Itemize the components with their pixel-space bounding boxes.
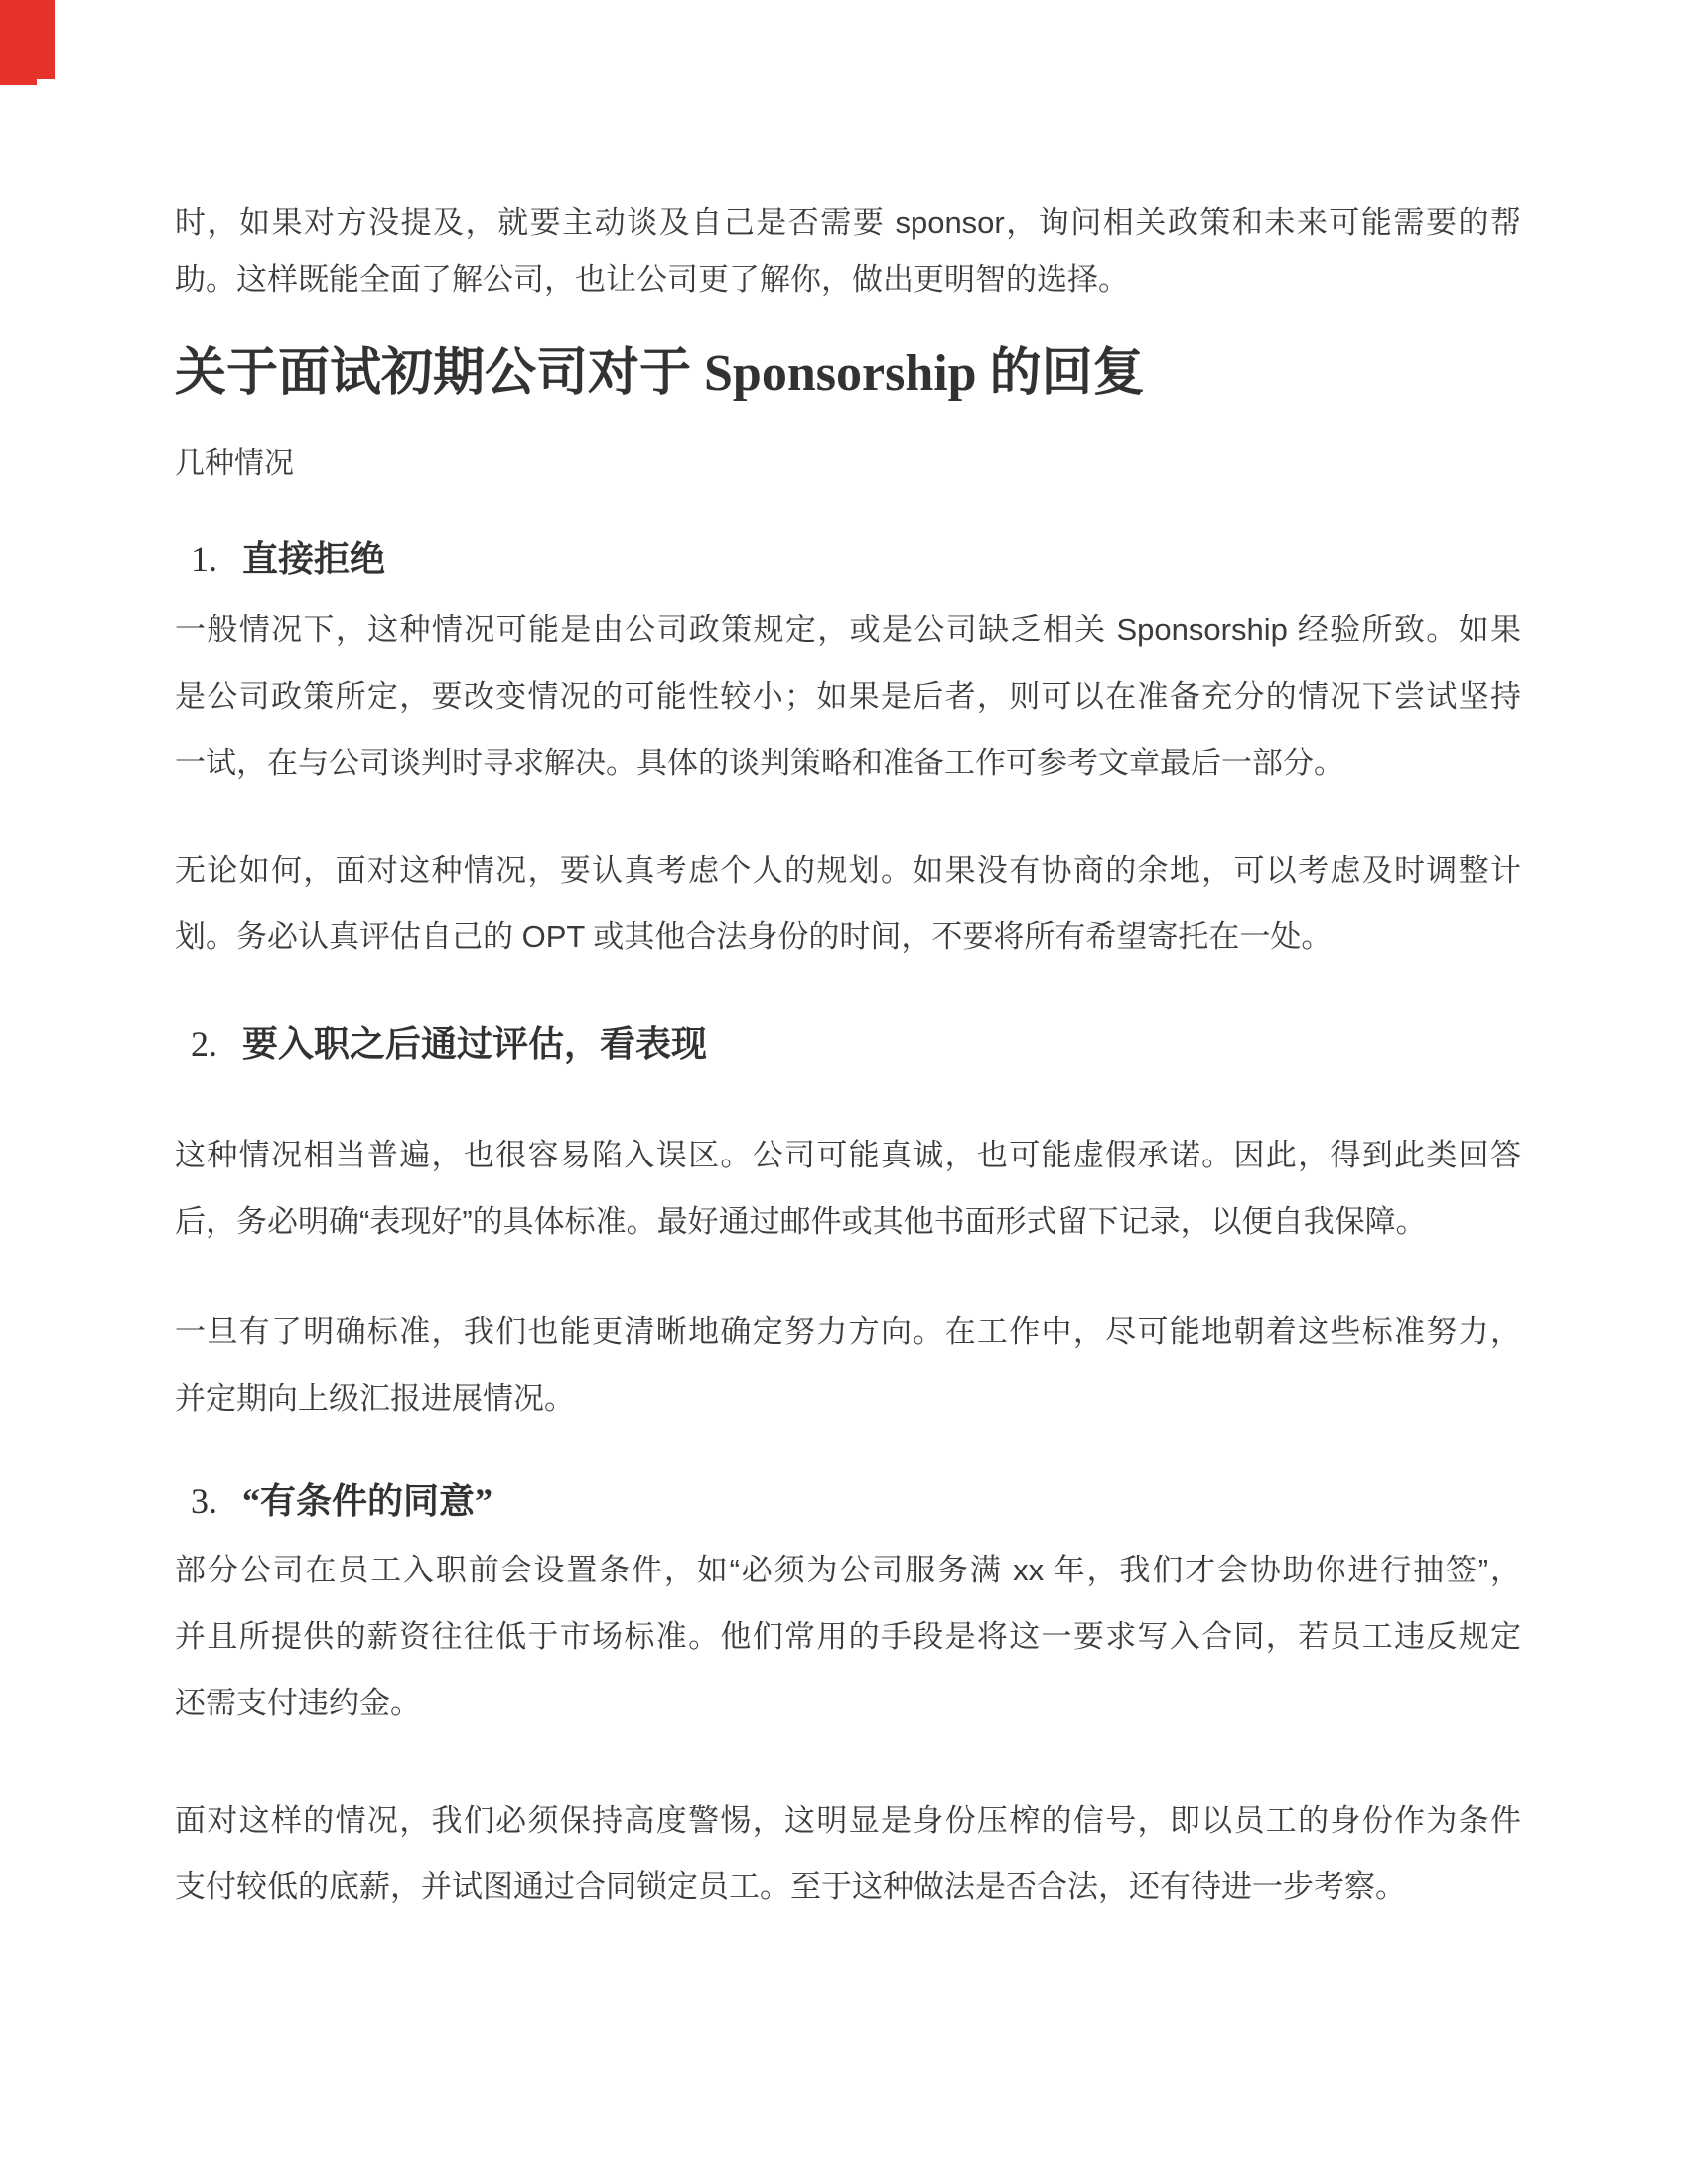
paragraph-line: 一试，在与公司谈判时寻求解决。具体的谈判策略和准备工作可参考文章最后一部分。 (175, 730, 1521, 796)
paragraph-line: 无论如何，面对这种情况，要认真考虑个人的规划。如果没有协商的余地，可以考虑及时调… (175, 837, 1521, 903)
paragraph-line: 时，如果对方没提及，就要主动谈及自己是否需要 sponsor，询问相关政策和未来… (175, 195, 1521, 251)
section-3-paragraph-2: 面对这样的情况，我们必须保持高度警惕，这明显是身份压榨的信号，即以员工的身份作为… (175, 1787, 1521, 1920)
paragraph-line: 助。这样既能全面了解公司，也让公司更了解你，做出更明智的选择。 (175, 251, 1521, 308)
section-1-number: 1. (191, 534, 242, 584)
section-1-title: 直接拒绝 (242, 539, 385, 579)
intro-paragraph: 时，如果对方没提及，就要主动谈及自己是否需要 sponsor，询问相关政策和未来… (175, 195, 1521, 308)
paragraph-line: 面对这样的情况，我们必须保持高度警惕，这明显是身份压榨的信号，即以员工的身份作为… (175, 1787, 1521, 1853)
section-2-number: 2. (191, 1020, 242, 1069)
paragraph-line: 后，务必明确“表现好”的具体标准。最好通过邮件或其他书面形式留下记录，以便自我保… (175, 1188, 1521, 1255)
paragraph-line: 并且所提供的薪资往往低于市场标准。他们常用的手段是将这一要求写入合同，若员工违反… (175, 1603, 1521, 1670)
paragraph-line: 划。务必认真评估自己的 OPT 或其他合法身份的时间，不要将所有希望寄托在一处。 (175, 903, 1521, 970)
section-1-paragraph-2: 无论如何，面对这种情况，要认真考虑个人的规划。如果没有协商的余地，可以考虑及时调… (175, 837, 1521, 970)
paragraph-line: 这种情况相当普遍，也很容易陷入误区。公司可能真诚，也可能虚假承诺。因此，得到此类… (175, 1122, 1521, 1188)
paragraph-line: 支付较低的底薪，并试图通过合同锁定员工。至于这种做法是否合法，还有待进一步考察。 (175, 1853, 1521, 1920)
subtitle: 几种情况 (175, 443, 1521, 484)
paragraph-line: 部分公司在员工入职前会设置条件，如“必须为公司服务满 xx 年，我们才会协助你进… (175, 1537, 1521, 1603)
paragraph-line: 还需支付违约金。 (175, 1670, 1521, 1736)
main-heading: 关于面试初期公司对于 Sponsorship 的回复 (175, 341, 1521, 407)
section-2-paragraph-1: 这种情况相当普遍，也很容易陷入误区。公司可能真诚，也可能虚假承诺。因此，得到此类… (175, 1122, 1521, 1255)
paragraph-line: 是公司政策所定，要改变情况的可能性较小；如果是后者，则可以在准备充分的情况下尝试… (175, 663, 1521, 730)
section-1-paragraph-1: 一般情况下，这种情况可能是由公司政策规定，或是公司缺乏相关 Sponsorshi… (175, 597, 1521, 796)
section-2-paragraph-2: 一旦有了明确标准，我们也能更清晰地确定努力方向。在工作中，尽可能地朝着这些标准努… (175, 1298, 1521, 1432)
section-3-paragraph-1: 部分公司在员工入职前会设置条件，如“必须为公司服务满 xx 年，我们才会协助你进… (175, 1537, 1521, 1736)
red-mark-bottom (0, 0, 37, 85)
section-3-heading: 3.“有条件的同意” (191, 1476, 1537, 1526)
document-page: 时，如果对方没提及，就要主动谈及自己是否需要 sponsor，询问相关政策和未来… (0, 0, 1688, 2184)
section-3-number: 3. (191, 1476, 242, 1526)
section-2-heading: 2.要入职之后通过评估，看表现 (191, 1020, 1537, 1069)
section-3-title: “有条件的同意” (242, 1481, 492, 1521)
paragraph-line: 一般情况下，这种情况可能是由公司政策规定，或是公司缺乏相关 Sponsorshi… (175, 597, 1521, 663)
section-1-heading: 1.直接拒绝 (191, 534, 1537, 584)
section-2-title: 要入职之后通过评估，看表现 (242, 1024, 707, 1064)
paragraph-line: 并定期向上级汇报进展情况。 (175, 1365, 1521, 1432)
paragraph-line: 一旦有了明确标准，我们也能更清晰地确定努力方向。在工作中，尽可能地朝着这些标准努… (175, 1298, 1521, 1365)
